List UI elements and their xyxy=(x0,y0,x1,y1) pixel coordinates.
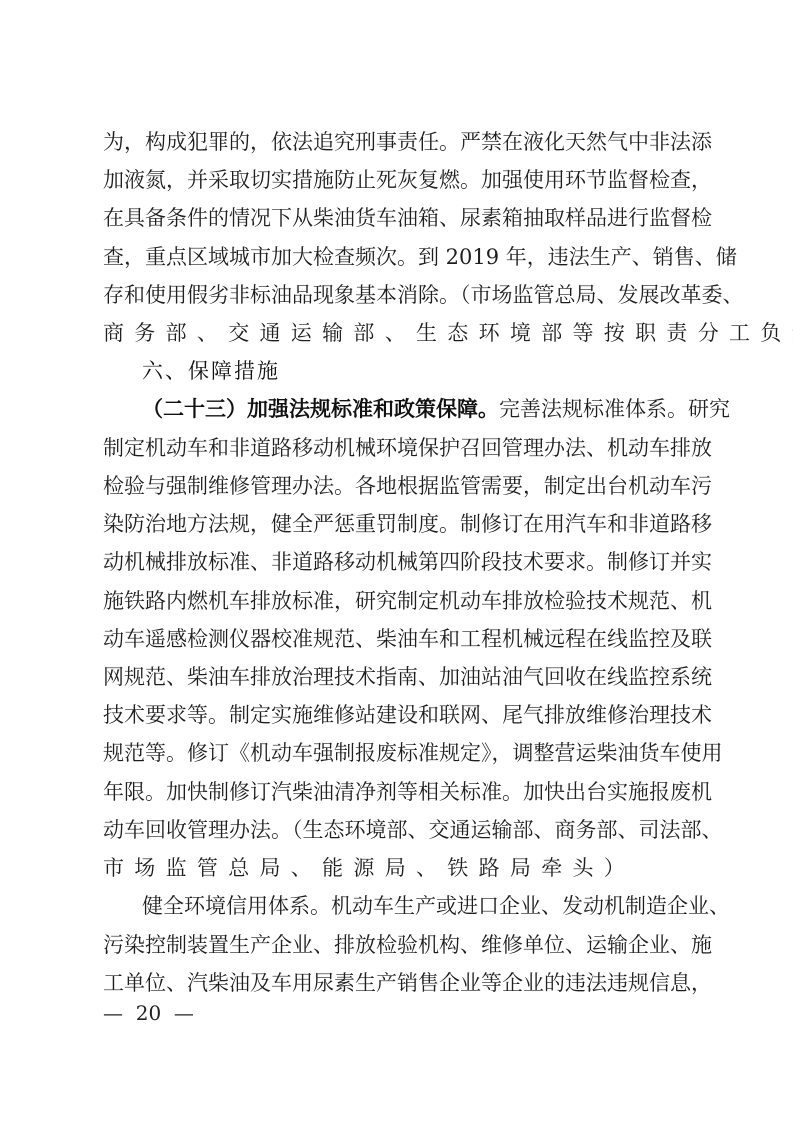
document-page: 为，构成犯罪的，依法追究刑事责任。严禁在液化天然气中非法添 加液氮，并采取切实措… xyxy=(0,0,793,1122)
text-line: 市场监管总局、能源局、铁路局牵头） xyxy=(103,853,696,883)
text-line: 健全环境信用体系。机动车生产或进口企业、发动机制造企业、 xyxy=(142,891,696,921)
text-line: 动车回收管理办法。（生态环境部、交通运输部、商务部、司法部、 xyxy=(103,815,696,845)
text-line: 技术要求等。制定实施维修站建设和联网、尾气排放维修治理技术 xyxy=(103,700,696,730)
text-line: 商务部、交通运输部、生态环境部等按职责分工负责） xyxy=(103,318,696,348)
text-line: 为，构成犯罪的，依法追究刑事责任。严禁在液化天然气中非法添 xyxy=(103,127,696,157)
text-line: 污染控制装置生产企业、排放检验机构、维修单位、运输企业、施 xyxy=(103,930,696,960)
page-number: — 20 — xyxy=(103,998,194,1028)
text-line: 查，重点区域城市加大检查频次。到 2019 年，违法生产、销售、储 xyxy=(103,242,696,272)
text-line: 染防治地方法规，健全严惩重罚制度。制修订在用汽车和非道路移 xyxy=(103,509,696,539)
text-line: 制定机动车和非道路移动机械环境保护召回管理办法、机动车排放 xyxy=(103,433,696,463)
section-heading: 六、保障措施 xyxy=(142,356,280,386)
text-line: 网规范、柴油车排放治理技术指南、加油站油气回收在线监控系统 xyxy=(103,662,696,692)
text-line: 在具备条件的情况下从柴油货车油箱、尿素箱抽取样品进行监督检 xyxy=(103,203,696,233)
paragraph-23-bold-lead: （二十三）加强法规标准和政策保障。 xyxy=(142,396,499,421)
paragraph-23-first-line: （二十三）加强法规标准和政策保障。完善法规标准体系。研究 xyxy=(142,394,696,424)
text-line: 动车遥感检测仪器校准规范、柴油车和工程机械远程在线监控及联 xyxy=(103,624,696,654)
text-line: 年限。加快制修订汽柴油清净剂等相关标准。加快出台实施报废机 xyxy=(103,777,696,807)
text-line: 加液氮，并采取切实措施防止死灰复燃。加强使用环节监督检查， xyxy=(103,165,696,195)
text-line: 动机械排放标准、非道路移动机械第四阶段技术要求。制修订并实 xyxy=(103,547,696,577)
text-line: 施铁路内燃机车排放标准，研究制定机动车排放检验技术规范、机 xyxy=(103,586,696,616)
text-line: 规范等。修订《机动车强制报废标准规定》，调整营运柴油货车使用 xyxy=(103,738,696,768)
text-line: 检验与强制维修管理办法。各地根据监管需要，制定出台机动车污 xyxy=(103,471,696,501)
text-line: 工单位、汽柴油及车用尿素生产销售企业等企业的违法违规信息， xyxy=(103,968,696,998)
text-line: 存和使用假劣非标油品现象基本消除。（市场监管总局、发展改革委、 xyxy=(103,280,696,310)
paragraph-23-first-line-text: 完善法规标准体系。研究 xyxy=(499,397,730,421)
